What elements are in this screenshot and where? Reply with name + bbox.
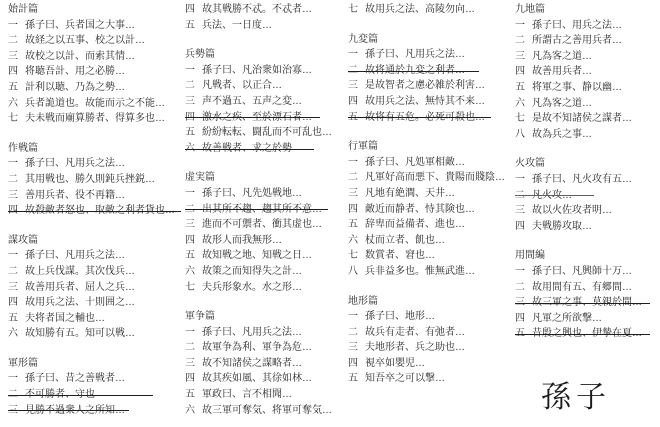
toc-item: 一孫子曰、凡興師十万… (515, 264, 660, 280)
item-number: 四 (8, 64, 25, 80)
chapter-section: 火攻篇一孫子曰、凡火攻有五…二凡火攻…三故以火佐攻者明…四夫戦勝攻取… (515, 156, 660, 234)
item-text: 孫子曰、凡先処戦地… (202, 186, 302, 202)
toc-item-content: 三凡為客之道… (515, 49, 592, 65)
item-text: 孫子曰、凡用兵之法… (25, 156, 125, 172)
item-text: 孫子曰、凡興師十万… (532, 264, 632, 280)
item-text: 孫子曰、昔之善戦者… (25, 371, 125, 387)
toc-item: 一孫子曰、凡火攻有五… (515, 172, 660, 188)
item-number: 一 (515, 172, 532, 188)
toc-item-content: 六凡為客之道… (515, 96, 592, 112)
toc-item: 一孫子曰、凡用兵之法… (8, 156, 170, 172)
item-number: 三 (8, 403, 25, 419)
toc-item-content: 四凡軍之所欲撃… (515, 311, 602, 327)
item-number: 四 (348, 356, 365, 372)
text-column-4: 九地篇一孫子曰、用兵之法…二所謂古之善用兵者…三凡為客之道…四故善用兵者…五将軍… (515, 2, 660, 342)
toc-item: 三是故智者之慮必雑於利害… (348, 78, 510, 94)
item-text: 兵法、一日度… (202, 18, 272, 34)
toc-item: 五知吾卒之可以撃… (348, 371, 510, 387)
item-text: 昔殷之興也、伊摯在夏… (532, 326, 642, 342)
item-text: 知吾卒之可以撃… (365, 371, 445, 387)
item-number: 八 (515, 127, 532, 143)
item-text: 故三軍可奪気、将軍可奪気… (202, 403, 332, 419)
item-number: 六 (348, 233, 365, 249)
item-number: 四 (8, 203, 25, 219)
chapter-title: 虚実篇 (185, 170, 347, 186)
item-text: 故殺敵者怒也、取敵之利者貨也… (25, 203, 175, 219)
item-number: 二 (185, 78, 202, 94)
toc-item: 一孫子曰、凡先処戦地… (185, 186, 347, 202)
item-text: 故三軍之事、莫親於間… (532, 295, 642, 311)
toc-item: 四凡軍之所欲撃… (515, 311, 660, 327)
toc-item: 二凡戦者、以正合… (185, 78, 347, 94)
item-number: 一 (8, 156, 25, 172)
item-number: 四 (8, 295, 25, 311)
toc-item: 六故三軍可奪気、将軍可奪気… (185, 403, 347, 419)
item-number: 四 (185, 233, 202, 249)
item-number: 一 (8, 248, 25, 264)
item-number: 七 (348, 2, 365, 18)
item-number: 二 (515, 33, 532, 49)
item-text: 杖而立者、飢也… (365, 233, 445, 249)
item-text: 孫子曰、地形… (365, 309, 435, 325)
toc-item-content: 二凡火攻… (515, 188, 572, 204)
toc-item-content: 四視卒如嬰児… (348, 356, 425, 372)
chapter-section: 作戦篇一孫子曰、凡用兵之法…二其用戦也、勝久則鈍兵挫鋭…三善用兵者、役不再籍…四… (8, 141, 170, 219)
item-number: 五 (185, 125, 202, 141)
toc-item: 二凡火攻… (515, 188, 660, 204)
toc-item: 二故将通於九変之利者… (348, 63, 510, 79)
item-text: 凡為客之道… (532, 49, 592, 65)
item-number: 七 (185, 280, 202, 296)
item-text: 視卒如嬰児… (365, 356, 425, 372)
toc-item: 五軍政曰、言不相聞… (185, 387, 347, 403)
toc-item: 四故用兵之法、無恃其不来… (348, 94, 510, 110)
toc-item-content: 三故以火佐攻者明… (515, 203, 612, 219)
toc-item-content: 四夫戦勝攻取… (515, 219, 592, 235)
toc-item-content: 三進而不可禦者、衝其虚也… (185, 217, 322, 233)
toc-item-content: 三見勝不過衆人之所知… (8, 403, 125, 419)
item-number: 一 (185, 186, 202, 202)
toc-item: 八兵非益多也。惟無武進… (348, 264, 510, 280)
text-column-3: 七故用兵之法、高陵勿向…九変篇一孫子曰、凡用兵之法…二故将通於九変之利者…三是故… (348, 2, 510, 387)
item-text: 孫子曰、凡用兵之法… (25, 248, 125, 264)
toc-item: 四故形人而我無形… (185, 233, 347, 249)
toc-item-content: 八兵非益多也。惟無武進… (348, 264, 475, 280)
toc-item: 四故用兵之法、十則囲之… (8, 295, 170, 311)
toc-item: 一孫子曰、凡処軍相敵… (348, 155, 510, 171)
item-text: 故経之以五事、校之以計… (25, 33, 145, 49)
toc-item: 四故善用兵者… (515, 64, 660, 80)
toc-item: 一孫子曰、凡用兵之法… (8, 248, 170, 264)
toc-item-content: 五昔殷之興也、伊摯在夏… (515, 326, 642, 342)
toc-item-content: 一孫子曰、凡用兵之法… (8, 156, 125, 172)
item-text: 紛紛転転、闘乱而不可乱也… (202, 125, 332, 141)
item-text: 夫未戦而廟算勝者、得算多也… (25, 111, 165, 127)
chapter-title: 九地篇 (515, 2, 660, 18)
chapter-title: 軍形篇 (8, 356, 170, 372)
toc-item: 五夫将者国之輔也… (8, 311, 170, 327)
item-text: 孫子曰、凡用兵之法… (365, 47, 465, 63)
toc-item-content: 六故三軍可奪気、将軍可奪気… (185, 403, 332, 419)
toc-item-content: 三声不過五、五声之変… (185, 94, 302, 110)
toc-item: 二凡軍好高而悪下、貴陽而賤陰… (348, 170, 510, 186)
chapter-section: 行軍篇一孫子曰、凡処軍相敵…二凡軍好高而悪下、貴陽而賤陰…三凡地有絶澗、天井…四… (348, 139, 510, 279)
toc-item-content: 七是故不知諸侯之謀者… (515, 111, 632, 127)
item-text: 是故智者之慮必雑於利害… (365, 78, 485, 94)
item-number: 二 (8, 264, 25, 280)
chapter-title: 行軍篇 (348, 139, 510, 155)
toc-item: 二其用戦也、勝久則鈍兵挫鋭… (8, 172, 170, 188)
item-text: 其用戦也、勝久則鈍兵挫鋭… (25, 172, 155, 188)
toc-item-content: 五辞卑而益備者、進也… (348, 217, 465, 233)
toc-item: 八故為兵之事… (515, 127, 660, 143)
toc-item-content: 二故用間有五、有郷間… (515, 280, 632, 296)
item-number: 五 (348, 217, 365, 233)
item-text: 出其所不趨、趨其所不意… (202, 202, 322, 218)
toc-item: 三故三軍之事、莫親於間… (515, 295, 660, 311)
item-number: 一 (515, 264, 532, 280)
toc-item-content: 二其用戦也、勝久則鈍兵挫鋭… (8, 172, 155, 188)
item-text: 善用兵者、役不再籍… (25, 188, 125, 204)
item-text: 故兵有走者、有弛者… (365, 325, 465, 341)
toc-item-content: 五知吾卒之可以撃… (348, 371, 445, 387)
item-text: 兵非益多也。惟無武進… (365, 264, 475, 280)
text-column-1: 始計篇一孫子曰、兵者国之大事…二故経之以五事、校之以計…三故校之以計、而索其情…… (8, 2, 170, 418)
item-number: 四 (515, 311, 532, 327)
item-number: 三 (185, 217, 202, 233)
item-text: 夫兵形象水。水之形… (202, 280, 302, 296)
toc-item-content: 一孫子曰、凡用兵之法… (348, 47, 465, 63)
toc-item-content: 四故形人而我無形… (185, 233, 282, 249)
chapter-title: 地形篇 (348, 294, 510, 310)
item-number: 五 (8, 80, 25, 96)
item-text: 故校之以計、而索其情… (25, 49, 135, 65)
chapter-section: 四故其戦勝不忒。不忒者…五兵法、一日度… (185, 2, 347, 33)
toc-item: 一孫子曰、凡用兵之法… (348, 47, 510, 63)
item-text: 故為兵之事… (532, 127, 592, 143)
item-text: 将聴吾計、用之必勝… (25, 64, 125, 80)
toc-item-content: 一孫子曰、兵者国之大事… (8, 18, 135, 34)
toc-item: 四敵近而静者、恃其険也… (348, 202, 510, 218)
toc-item-content: 三故三軍之事、莫親於間… (515, 295, 642, 311)
toc-item: 三夫地形者、兵之助也… (348, 340, 510, 356)
toc-item-content: 一孫子曰、凡興師十万… (515, 264, 632, 280)
item-text: 所謂古之善用兵者… (532, 33, 622, 49)
item-text: 是故不知諸侯之謀者… (532, 111, 632, 127)
item-number: 二 (515, 280, 532, 296)
item-text: 故其戦勝不忒。不忒者… (202, 2, 312, 18)
toc-item: 五辞卑而益備者、進也… (348, 217, 510, 233)
toc-item-content: 三是故智者之慮必雑於利害… (348, 78, 485, 94)
item-number: 四 (348, 94, 365, 110)
item-text: 凡軍好高而悪下、貴陽而賤陰… (365, 170, 505, 186)
item-text: 夫地形者、兵之助也… (365, 340, 465, 356)
chapter-section: 九地篇一孫子曰、用兵之法…二所謂古之善用兵者…三凡為客之道…四故善用兵者…五将軍… (515, 2, 660, 142)
toc-item-content: 七夫未戦而廟算勝者、得算多也… (8, 111, 165, 127)
toc-item-content: 二凡戦者、以正合… (185, 78, 282, 94)
toc-item: 四夫戦勝攻取… (515, 219, 660, 235)
item-number: 四 (515, 64, 532, 80)
toc-item-content: 二不可勝者、守也 (8, 387, 95, 403)
item-number: 七 (515, 111, 532, 127)
item-text: 計利以聴、乃為之勢… (25, 80, 125, 96)
item-number: 三 (348, 78, 365, 94)
item-number: 三 (515, 203, 532, 219)
toc-item: 三声不過五、五声之変… (185, 94, 347, 110)
toc-item-content: 一孫子曰、地形… (348, 309, 435, 325)
toc-item-content: 一孫子曰、凡治衆如治寡… (185, 63, 312, 79)
item-text: 凡地有絶澗、天井… (365, 186, 455, 202)
toc-item-content: 五軍政曰、言不相聞… (185, 387, 292, 403)
item-text: 辞卑而益備者、進也… (365, 217, 465, 233)
toc-item-content: 一孫子曰、凡用兵之法… (8, 248, 125, 264)
toc-item-content: 四故用兵之法、十則囲之… (8, 295, 135, 311)
item-text: 孫子曰、兵者国之大事… (25, 18, 135, 34)
toc-item: 五故知戦之地、知戦之日… (185, 248, 347, 264)
chapter-title: 火攻篇 (515, 156, 660, 172)
item-number: 五 (8, 311, 25, 327)
toc-item-content: 五夫将者国之輔也… (8, 311, 105, 327)
item-number: 一 (185, 63, 202, 79)
chapter-title: 用間編 (515, 248, 660, 264)
item-text: 孫子曰、凡治衆如治寡… (202, 63, 312, 79)
toc-item: 七故用兵之法、高陵勿向… (348, 2, 510, 18)
toc-item-content: 一孫子曰、凡処軍相敵… (348, 155, 465, 171)
toc-item-content: 七故用兵之法、高陵勿向… (348, 2, 475, 18)
item-text: 凡戦者、以正合… (202, 78, 282, 94)
item-text: 故不知諸侯之謀略者… (202, 356, 302, 372)
item-text: 故用間有五、有郷間… (532, 280, 632, 296)
chapter-title: 始計篇 (8, 2, 170, 18)
item-number: 二 (8, 387, 25, 403)
toc-item-content: 二出其所不趨、趨其所不意… (185, 202, 322, 218)
chapter-title: 謀攻篇 (8, 233, 170, 249)
item-number: 六 (185, 403, 202, 419)
toc-item: 四故殺敵者怒也、取敵之利者貨也… (8, 203, 170, 219)
chapter-section: 虚実篇一孫子曰、凡先処戦地…二出其所不趨、趨其所不意…三進而不可禦者、衝其虚也…… (185, 170, 347, 295)
item-number: 四 (348, 202, 365, 218)
chapter-section: 地形篇一孫子曰、地形…二故兵有走者、有弛者…三夫地形者、兵之助也…四視卒如嬰児…… (348, 294, 510, 388)
chapter-title: 作戦篇 (8, 141, 170, 157)
toc-item: 二故経之以五事、校之以計… (8, 33, 170, 49)
toc-item: 三凡為客之道… (515, 49, 660, 65)
toc-item: 五兵法、一日度… (185, 18, 347, 34)
item-text: 故策之而知得失之計… (202, 264, 302, 280)
item-number: 三 (185, 356, 202, 372)
toc-item-content: 三故善用兵者、屈人之兵… (8, 280, 135, 296)
chapter-title: 兵勢篇 (185, 47, 347, 63)
toc-item: 三故校之以計、而索其情… (8, 49, 170, 65)
toc-item: 五故将有五危。必死可殺也… (348, 110, 510, 126)
item-text: 故知戦之地、知戦之日… (202, 248, 312, 264)
toc-item: 二出其所不趨、趨其所不意… (185, 202, 347, 218)
chapter-section: 軍形篇一孫子曰、昔之善戦者…二不可勝者、守也三見勝不過衆人之所知… (8, 356, 170, 418)
item-number: 三 (8, 49, 25, 65)
toc-item: 三故善用兵者、屈人之兵… (8, 280, 170, 296)
item-number: 二 (348, 63, 365, 79)
item-text: 故用兵之法、十則囲之… (25, 295, 135, 311)
text-column-2: 四故其戦勝不忒。不忒者…五兵法、一日度…兵勢篇一孫子曰、凡治衆如治寡…二凡戦者、… (185, 2, 347, 418)
item-text: 故善戦者、求之於勢 (202, 141, 292, 157)
item-text: 数賞者、窘也… (365, 248, 435, 264)
toc-item: 六凡為客之道… (515, 96, 660, 112)
item-number: 六 (185, 141, 202, 157)
chapter-section: 軍争篇一孫子曰、凡用兵之法…二故軍争為利、軍争為危…三故不知諸侯之謀略者…四故其… (185, 309, 347, 418)
item-number: 一 (185, 325, 202, 341)
toc-item: 二故上兵伐謀。其次伐兵… (8, 264, 170, 280)
item-number: 三 (8, 280, 25, 296)
item-number: 五 (185, 387, 202, 403)
toc-item: 三見勝不過衆人之所知… (8, 403, 170, 419)
item-number: 三 (185, 94, 202, 110)
item-text: 故善用兵者、屈人之兵… (25, 280, 135, 296)
item-number: 四 (185, 110, 202, 126)
toc-item: 四故其戦勝不忒。不忒者… (185, 2, 347, 18)
toc-item-content: 四故用兵之法、無恃其不来… (348, 94, 485, 110)
item-number: 二 (348, 325, 365, 341)
toc-item-content: 四故殺敵者怒也、取敵之利者貨也… (8, 203, 175, 219)
toc-item-content: 一孫子曰、凡火攻有五… (515, 172, 632, 188)
item-number: 三 (348, 340, 365, 356)
toc-item-content: 二故上兵伐謀。其次伐兵… (8, 264, 135, 280)
item-text: 不可勝者、守也 (25, 387, 95, 403)
toc-item: 四将聴吾計、用之必勝… (8, 64, 170, 80)
item-number: 一 (515, 18, 532, 34)
chapter-section: 七故用兵之法、高陵勿向… (348, 2, 510, 18)
toc-item-content: 四故其疾如風、其徐如林… (185, 371, 312, 387)
toc-item-content: 三故校之以計、而索其情… (8, 49, 135, 65)
item-number: 一 (348, 47, 365, 63)
item-text: 故軍争為利、軍争為危… (202, 340, 312, 356)
toc-item-content: 三善用兵者、役不再籍… (8, 188, 125, 204)
toc-item: 五将軍之事、静以幽… (515, 80, 660, 96)
toc-item-content: 三凡地有絶澗、天井… (348, 186, 455, 202)
toc-item-content: 二所謂古之善用兵者… (515, 33, 622, 49)
toc-item-content: 六兵者詭道也。故能而示之不能… (8, 96, 165, 112)
toc-item: 五計利以聴、乃為之勢… (8, 80, 170, 96)
toc-item-content: 二凡軍好高而悪下、貴陽而賤陰… (348, 170, 505, 186)
toc-item: 二故用間有五、有郷間… (515, 280, 660, 296)
item-text: 兵者詭道也。故能而示之不能… (25, 96, 165, 112)
item-number: 三 (515, 49, 532, 65)
toc-item-content: 七夫兵形象水。水之形… (185, 280, 302, 296)
item-text: 故将有五危。必死可殺也… (365, 110, 485, 126)
toc-item: 七是故不知諸侯之謀者… (515, 111, 660, 127)
toc-item-content: 一孫子曰、用兵之法… (515, 18, 622, 34)
item-number: 七 (348, 248, 365, 264)
item-number: 五 (185, 248, 202, 264)
item-number: 一 (8, 371, 25, 387)
item-number: 六 (8, 326, 25, 342)
toc-item: 二所謂古之善用兵者… (515, 33, 660, 49)
item-text: 凡火攻… (532, 188, 572, 204)
item-number: 二 (515, 188, 532, 204)
toc-item: 六故善戦者、求之於勢 (185, 141, 347, 157)
item-number: 一 (348, 155, 365, 171)
toc-item-content: 二故将通於九変之利者… (348, 63, 465, 79)
toc-item-content: 三夫地形者、兵之助也… (348, 340, 465, 356)
toc-item: 四激水之疾、至於漂石者… (185, 110, 347, 126)
item-number: 五 (348, 110, 365, 126)
item-number: 三 (8, 188, 25, 204)
item-text: 孫子曰、用兵之法… (532, 18, 622, 34)
toc-item-content: 六故知勝有五。知可以戦… (8, 326, 135, 342)
item-number: 六 (185, 264, 202, 280)
toc-item: 一孫子曰、用兵之法… (515, 18, 660, 34)
item-text: 夫将者国之輔也… (25, 311, 105, 327)
toc-item: 一孫子曰、兵者国之大事… (8, 18, 170, 34)
item-number: 一 (348, 309, 365, 325)
item-text: 孫子曰、凡用兵之法… (202, 325, 302, 341)
toc-item-content: 五計利以聴、乃為之勢… (8, 80, 125, 96)
toc-item-content: 六故策之而知得失之計… (185, 264, 302, 280)
toc-item: 六故策之而知得失之計… (185, 264, 347, 280)
item-number: 二 (185, 202, 202, 218)
item-number: 一 (8, 18, 25, 34)
item-text: 孫子曰、凡火攻有五… (532, 172, 632, 188)
toc-item: 一孫子曰、昔之善戦者… (8, 371, 170, 387)
item-number: 七 (8, 111, 25, 127)
item-text: 見勝不過衆人之所知… (25, 403, 125, 419)
item-text: 故善用兵者… (532, 64, 592, 80)
item-text: 故以火佐攻者明… (532, 203, 612, 219)
item-text: 故用兵之法、高陵勿向… (365, 2, 475, 18)
item-text: 故将通於九変之利者… (365, 63, 465, 79)
item-text: 故其疾如風、其徐如林… (202, 371, 312, 387)
item-number: 五 (348, 371, 365, 387)
book-title: 孫子 (541, 381, 611, 415)
item-text: 故用兵之法、無恃其不来… (365, 94, 485, 110)
item-number: 六 (8, 96, 25, 112)
toc-item-content: 四敵近而静者、恃其険也… (348, 202, 475, 218)
chapter-section: 用間編一孫子曰、凡興師十万…二故用間有五、有郷間…三故三軍之事、莫親於間…四凡軍… (515, 248, 660, 342)
item-text: 敵近而静者、恃其険也… (365, 202, 475, 218)
item-text: 凡為客之道… (532, 96, 592, 112)
toc-item: 二不可勝者、守也 (8, 387, 170, 403)
chapter-section: 謀攻篇一孫子曰、凡用兵之法…二故上兵伐謀。其次伐兵…三故善用兵者、屈人之兵…四故… (8, 233, 170, 342)
item-text: 軍政曰、言不相聞… (202, 387, 292, 403)
item-number: 四 (185, 2, 202, 18)
chapter-title: 軍争篇 (185, 309, 347, 325)
item-number: 五 (515, 326, 532, 342)
toc-item-content: 一孫子曰、凡先処戦地… (185, 186, 302, 202)
chapter-title: 九変篇 (348, 32, 510, 48)
toc-item: 二故軍争為利、軍争為危… (185, 340, 347, 356)
toc-item: 七数賞者、窘也… (348, 248, 510, 264)
item-number: 四 (515, 219, 532, 235)
toc-item: 一孫子曰、凡用兵之法… (185, 325, 347, 341)
toc-item: 一孫子曰、地形… (348, 309, 510, 325)
chapter-section: 始計篇一孫子曰、兵者国之大事…二故経之以五事、校之以計…三故校之以計、而索其情…… (8, 2, 170, 127)
item-number: 三 (515, 295, 532, 311)
toc-item-content: 三故不知諸侯之謀略者… (185, 356, 302, 372)
toc-item: 三進而不可禦者、衝其虚也… (185, 217, 347, 233)
toc-item-content: 四故善用兵者… (515, 64, 592, 80)
item-number: 五 (185, 18, 202, 34)
item-text: 将軍之事、静以幽… (532, 80, 622, 96)
item-number: 四 (185, 371, 202, 387)
toc-item-content: 四故其戦勝不忒。不忒者… (185, 2, 312, 18)
toc-item: 五紛紛転転、闘乱而不可乱也… (185, 125, 347, 141)
toc-item: 三善用兵者、役不再籍… (8, 188, 170, 204)
toc-item-content: 二故軍争為利、軍争為危… (185, 340, 312, 356)
item-text: 進而不可禦者、衝其虚也… (202, 217, 322, 233)
toc-item: 六兵者詭道也。故能而示之不能… (8, 96, 170, 112)
item-text: 故上兵伐謀。其次伐兵… (25, 264, 135, 280)
item-text: 凡軍之所欲撃… (532, 311, 602, 327)
item-number: 三 (348, 186, 365, 202)
toc-item-content: 四激水之疾、至於漂石者… (185, 110, 312, 126)
